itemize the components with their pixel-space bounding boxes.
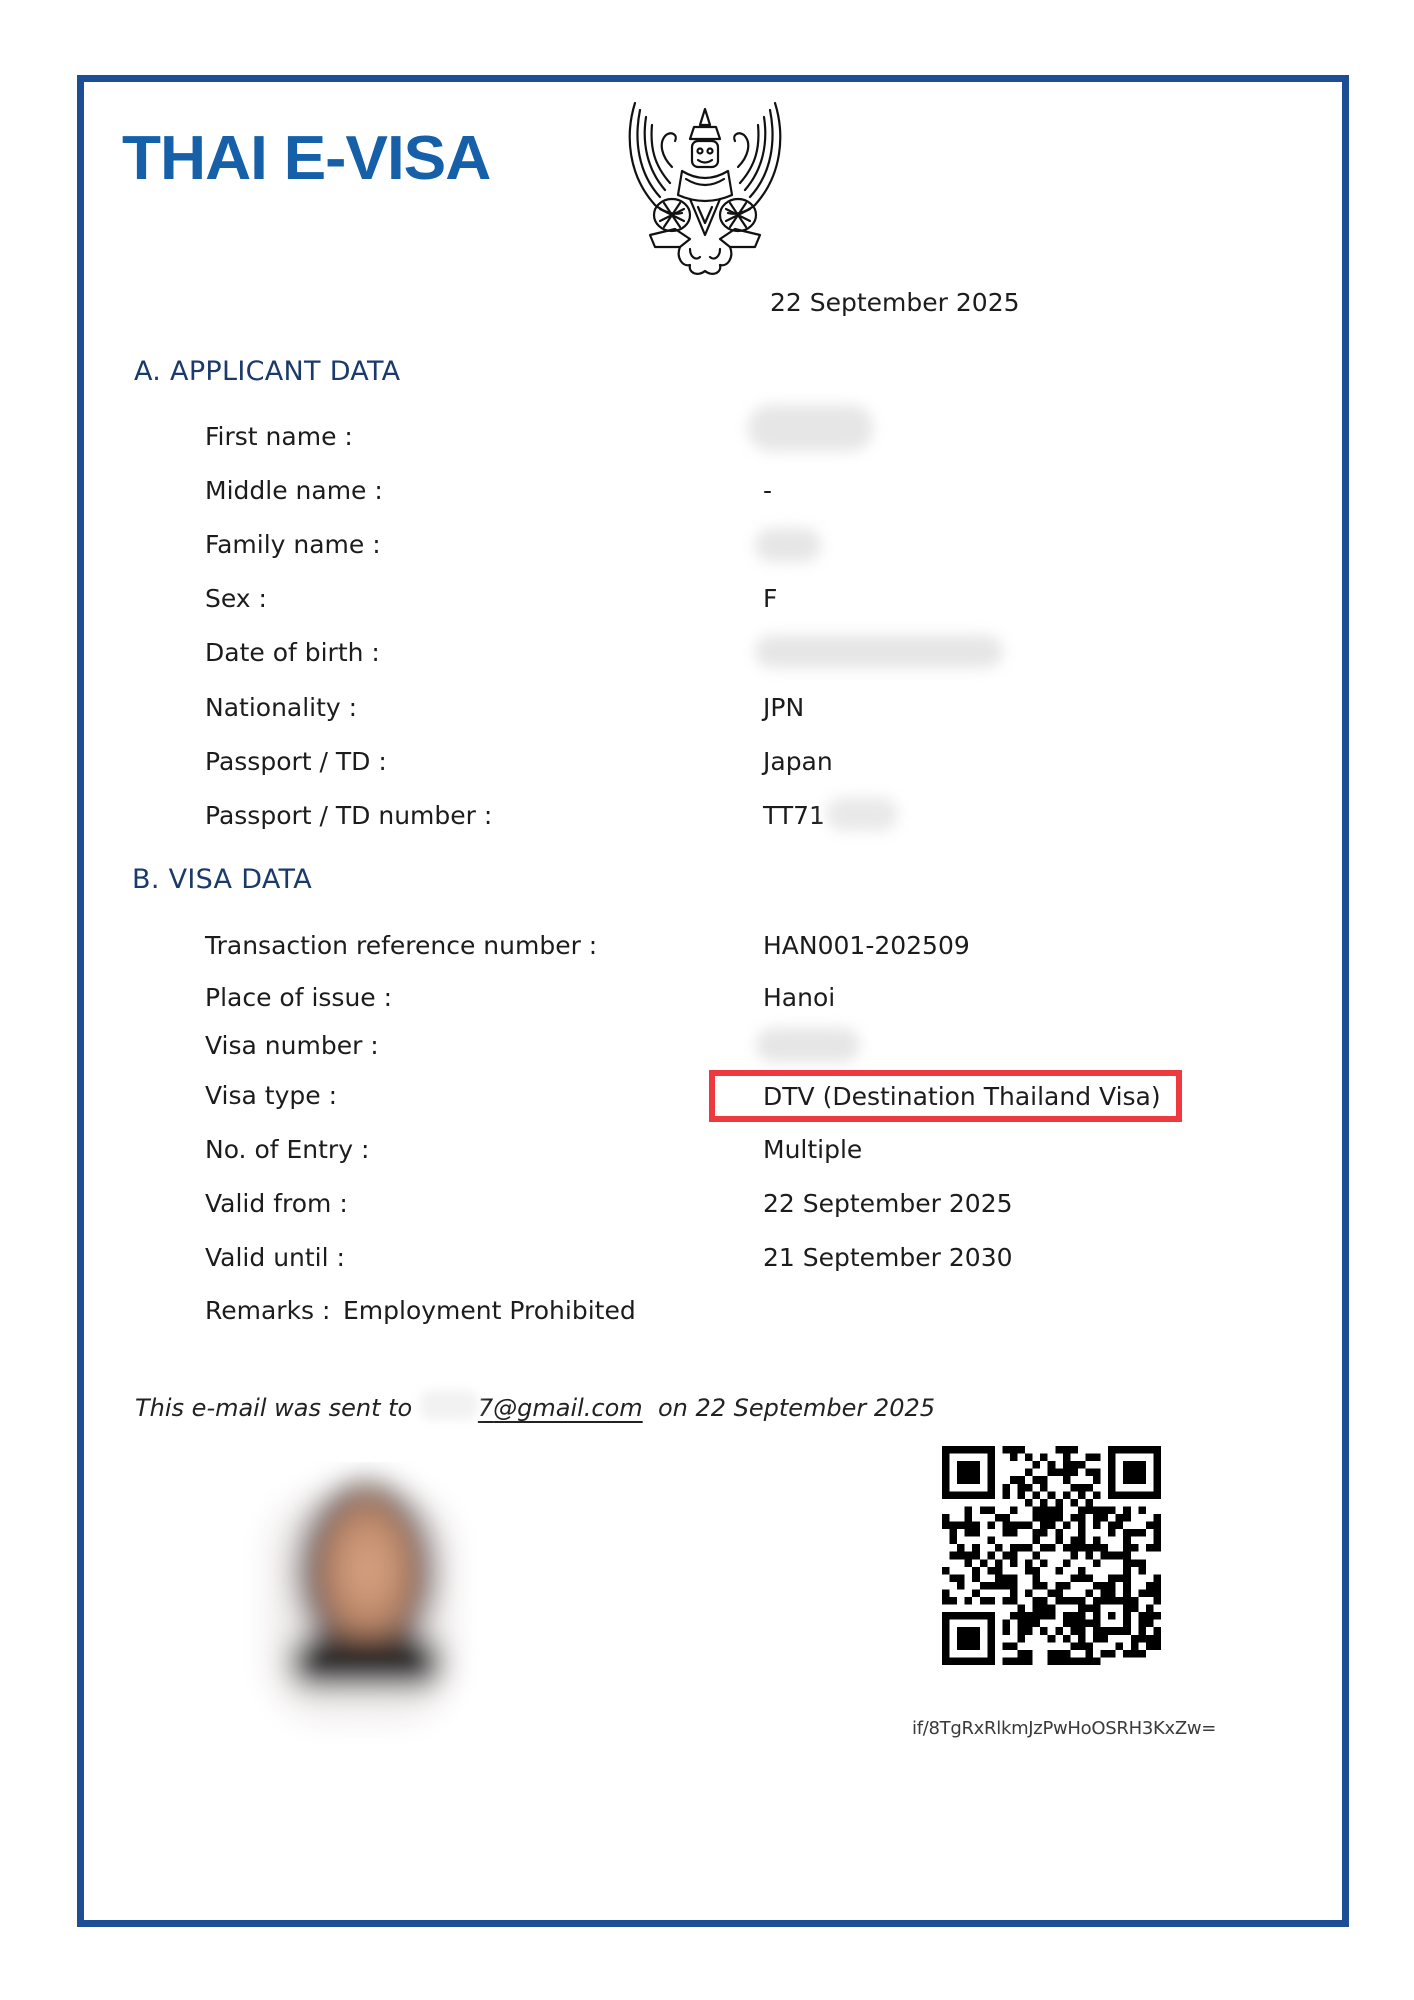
label-date-of-birth: Date of birth :: [205, 640, 380, 665]
label-remarks: Remarks :: [205, 1298, 330, 1323]
value-passport-number: TT71: [763, 803, 825, 828]
email-partial: 7: [478, 1394, 493, 1422]
label-sex: Sex :: [205, 586, 267, 611]
value-nationality: JPN: [763, 695, 804, 720]
section-heading-applicant: A. APPLICANT DATA: [134, 358, 400, 385]
value-passport-td: Japan: [763, 749, 833, 774]
value-valid-until: 21 September 2030: [763, 1245, 1013, 1270]
garuda-emblem-icon: [620, 95, 790, 280]
section-heading-visa: B. VISA DATA: [132, 866, 312, 893]
label-valid-until: Valid until :: [205, 1245, 345, 1270]
value-remarks: Employment Prohibited: [343, 1298, 636, 1323]
label-place-of-issue: Place of issue :: [205, 985, 392, 1010]
brand-title: THAI E-VISA: [122, 128, 490, 190]
applicant-photo: [236, 1462, 486, 1744]
value-valid-from: 22 September 2025: [763, 1191, 1013, 1216]
label-first-name: First name :: [205, 424, 353, 449]
redacted-family-name: [755, 528, 821, 562]
redacted-first-name: [748, 405, 873, 451]
label-valid-from: Valid from :: [205, 1191, 348, 1216]
value-middle-name: -: [763, 478, 772, 503]
label-nationality: Nationality :: [205, 695, 357, 720]
redacted-email-user: [420, 1390, 478, 1420]
label-no-of-entry: No. of Entry :: [205, 1137, 369, 1162]
label-visa-number: Visa number :: [205, 1033, 379, 1058]
qr-code-icon: [942, 1446, 1161, 1665]
email-notice-suffix: on 22 September 2025: [643, 1394, 935, 1422]
value-transaction-ref: HAN001-202509: [763, 933, 970, 958]
email-address-link[interactable]: 7@gmail.com: [420, 1394, 643, 1422]
redacted-passport-number: [826, 797, 898, 831]
redacted-visa-number: [756, 1028, 860, 1062]
value-no-of-entry: Multiple: [763, 1137, 862, 1162]
label-middle-name: Middle name :: [205, 478, 383, 503]
issue-date: 22 September 2025: [770, 290, 1020, 315]
label-transaction-ref: Transaction reference number :: [205, 933, 597, 958]
label-family-name: Family name :: [205, 532, 381, 557]
qr-code-text: if/8TgRxRlkmJzPwHoOSRH3KxZw=: [912, 1720, 1216, 1738]
email-notice-prefix: This e-mail was sent to: [135, 1394, 420, 1422]
value-visa-type: DTV (Destination Thailand Visa): [763, 1084, 1161, 1109]
value-sex: F: [763, 586, 777, 611]
email-notice: This e-mail was sent to 7@gmail.com on 2…: [135, 1396, 935, 1420]
email-domain: @gmail.com: [493, 1394, 643, 1422]
label-passport-number: Passport / TD number :: [205, 803, 492, 828]
label-visa-type: Visa type :: [205, 1083, 337, 1108]
value-place-of-issue: Hanoi: [763, 985, 835, 1010]
redacted-date-of-birth: [755, 635, 1003, 668]
label-passport-td: Passport / TD :: [205, 749, 387, 774]
